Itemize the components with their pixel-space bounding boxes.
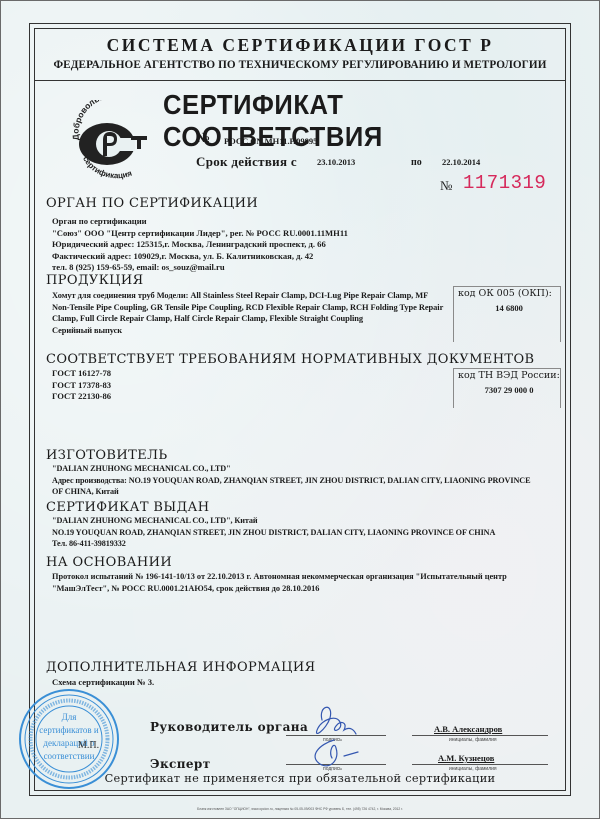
certification-body-heading: ОРГАН ПО СЕРТИФИКАЦИИ <box>46 196 258 211</box>
okp-label: код ОК 005 (ОКП): <box>458 288 560 299</box>
expert-label: Эксперт <box>150 757 211 771</box>
additional-info-details: Схема сертификации № 3. <box>52 677 154 689</box>
seal-place-label: М.П. <box>78 740 99 751</box>
basis-heading: НА ОСНОВАНИИ <box>46 555 172 570</box>
agency-name: ФЕДЕРАЛЬНОЕ АГЕНТСТВО ПО ТЕХНИЧЕСКОМУ РЕ… <box>34 59 566 71</box>
head-name: А.В. Александров <box>434 724 502 734</box>
stamp-line: сертификатов и <box>39 725 99 735</box>
tnved-value: 7307 29 000 0 <box>458 385 560 395</box>
product-line: Clamp, Full Circle Repair Clamp, Half Ci… <box>52 313 443 325</box>
tnved-code-box: код ТН ВЭД России: 7307 29 000 0 <box>453 368 561 408</box>
products-heading: ПРОДУКЦИЯ <box>46 273 144 288</box>
body-line: Орган по сертификации <box>52 216 348 228</box>
valid-to-label: по <box>411 157 422 168</box>
system-title: СИСТЕМА СЕРТИФИКАЦИИ ГОСТ Р <box>34 35 566 56</box>
additional-line: Схема сертификации № 3. <box>52 677 154 689</box>
okp-value: 14 6800 <box>458 303 560 313</box>
product-line: Хомут для соединения труб Модели: All St… <box>52 290 443 302</box>
manufacturer-line: "DALIAN ZHUHONG MECHANICAL CO., LTD" <box>52 463 530 475</box>
compliance-heading: СООТВЕТСТВУЕТ ТРЕБОВАНИЯМ НОРМАТИВНЫХ ДО… <box>46 352 535 367</box>
issued-to-line: NO.19 YOUQUAN ROAD, ZHANQIAN STREET, JIN… <box>52 527 495 539</box>
issued-to-line: Тел. 86-411-39819332 <box>52 538 495 550</box>
issued-to-heading: СЕРТИФИКАТ ВЫДАН <box>46 500 210 515</box>
validity-label: Срок действия с <box>196 154 297 170</box>
header-divider <box>34 80 566 81</box>
basis-line: "МашЭлТест", № РОСС RU.0001.21АЮ54, срок… <box>52 583 507 595</box>
body-line: Юридический адрес: 125315,г. Москва, Лен… <box>52 239 348 251</box>
basis-line: Протокол испытаний № 196-141-10/13 от 22… <box>52 571 507 583</box>
number-label: № <box>196 131 210 147</box>
standard-item: ГОСТ 17378-83 <box>52 380 111 392</box>
certificate-number: РОСС CN.МН11.Н09895 <box>224 136 317 146</box>
stamp-line: соответствии <box>44 751 95 761</box>
rst-voluntary-certification-logo-icon: Добровольная сертификация <box>65 100 165 180</box>
body-line: Фактический адрес: 109029,г. Москва, ул.… <box>52 251 348 263</box>
head-of-body-label: Руководитель органа <box>150 720 308 734</box>
head-name-caption: инициалы, фамилия <box>449 737 497 743</box>
manufacturer-heading: ИЗГОТОВИТЕЛЬ <box>46 448 168 463</box>
manufacturer-line: Адрес производства: NO.19 YOUQUAN ROAD, … <box>52 475 530 487</box>
valid-to: 22.10.2014 <box>442 157 480 167</box>
products-details: Хомут для соединения труб Модели: All St… <box>52 290 443 336</box>
tnved-label: код ТН ВЭД России: <box>458 370 560 381</box>
serial-number: 1171319 <box>463 172 546 194</box>
footer-note: Сертификат не применяется при обязательн… <box>34 772 566 785</box>
expert-name-line <box>412 764 548 765</box>
manufacturer-details: "DALIAN ZHUHONG MECHANICAL CO., LTD" Адр… <box>52 463 530 498</box>
stamp-line: Для <box>62 712 77 722</box>
handwritten-signature-icon <box>300 700 380 770</box>
form-fine-print: Бланк изготовлен ЗАО "ОПЦИОН", www.opcio… <box>0 807 600 811</box>
additional-info-heading: ДОПОЛНИТЕЛЬНАЯ ИНФОРМАЦИЯ <box>46 660 316 675</box>
expert-name: А.М. Кузнецов <box>438 753 494 763</box>
issued-to-line: "DALIAN ZHUHONG MECHANICAL CO., LTD", Ки… <box>52 515 495 527</box>
product-line: Серийный выпуск <box>52 325 443 337</box>
product-line: Non-Tensile Pipe Coupling, GR Tensile Pi… <box>52 302 443 314</box>
certification-body-details: Орган по сертификации "Союз" ООО "Центр … <box>52 216 348 274</box>
manufacturer-line: OF CHINA, Китай <box>52 486 530 498</box>
standard-item: ГОСТ 22130-86 <box>52 391 111 403</box>
standards-list: ГОСТ 16127-78 ГОСТ 17378-83 ГОСТ 22130-8… <box>52 368 111 403</box>
standard-item: ГОСТ 16127-78 <box>52 368 111 380</box>
basis-details: Протокол испытаний № 196-141-10/13 от 22… <box>52 571 507 594</box>
okp-code-box: код ОК 005 (ОКП): 14 6800 <box>453 286 561 342</box>
valid-from: 23.10.2013 <box>317 157 355 167</box>
head-name-line <box>412 735 548 736</box>
body-line: "Союз" ООО "Центр сертификации Лидер", р… <box>52 228 348 240</box>
serial-label: № <box>440 178 452 194</box>
issued-to-details: "DALIAN ZHUHONG MECHANICAL CO., LTD", Ки… <box>52 515 495 550</box>
